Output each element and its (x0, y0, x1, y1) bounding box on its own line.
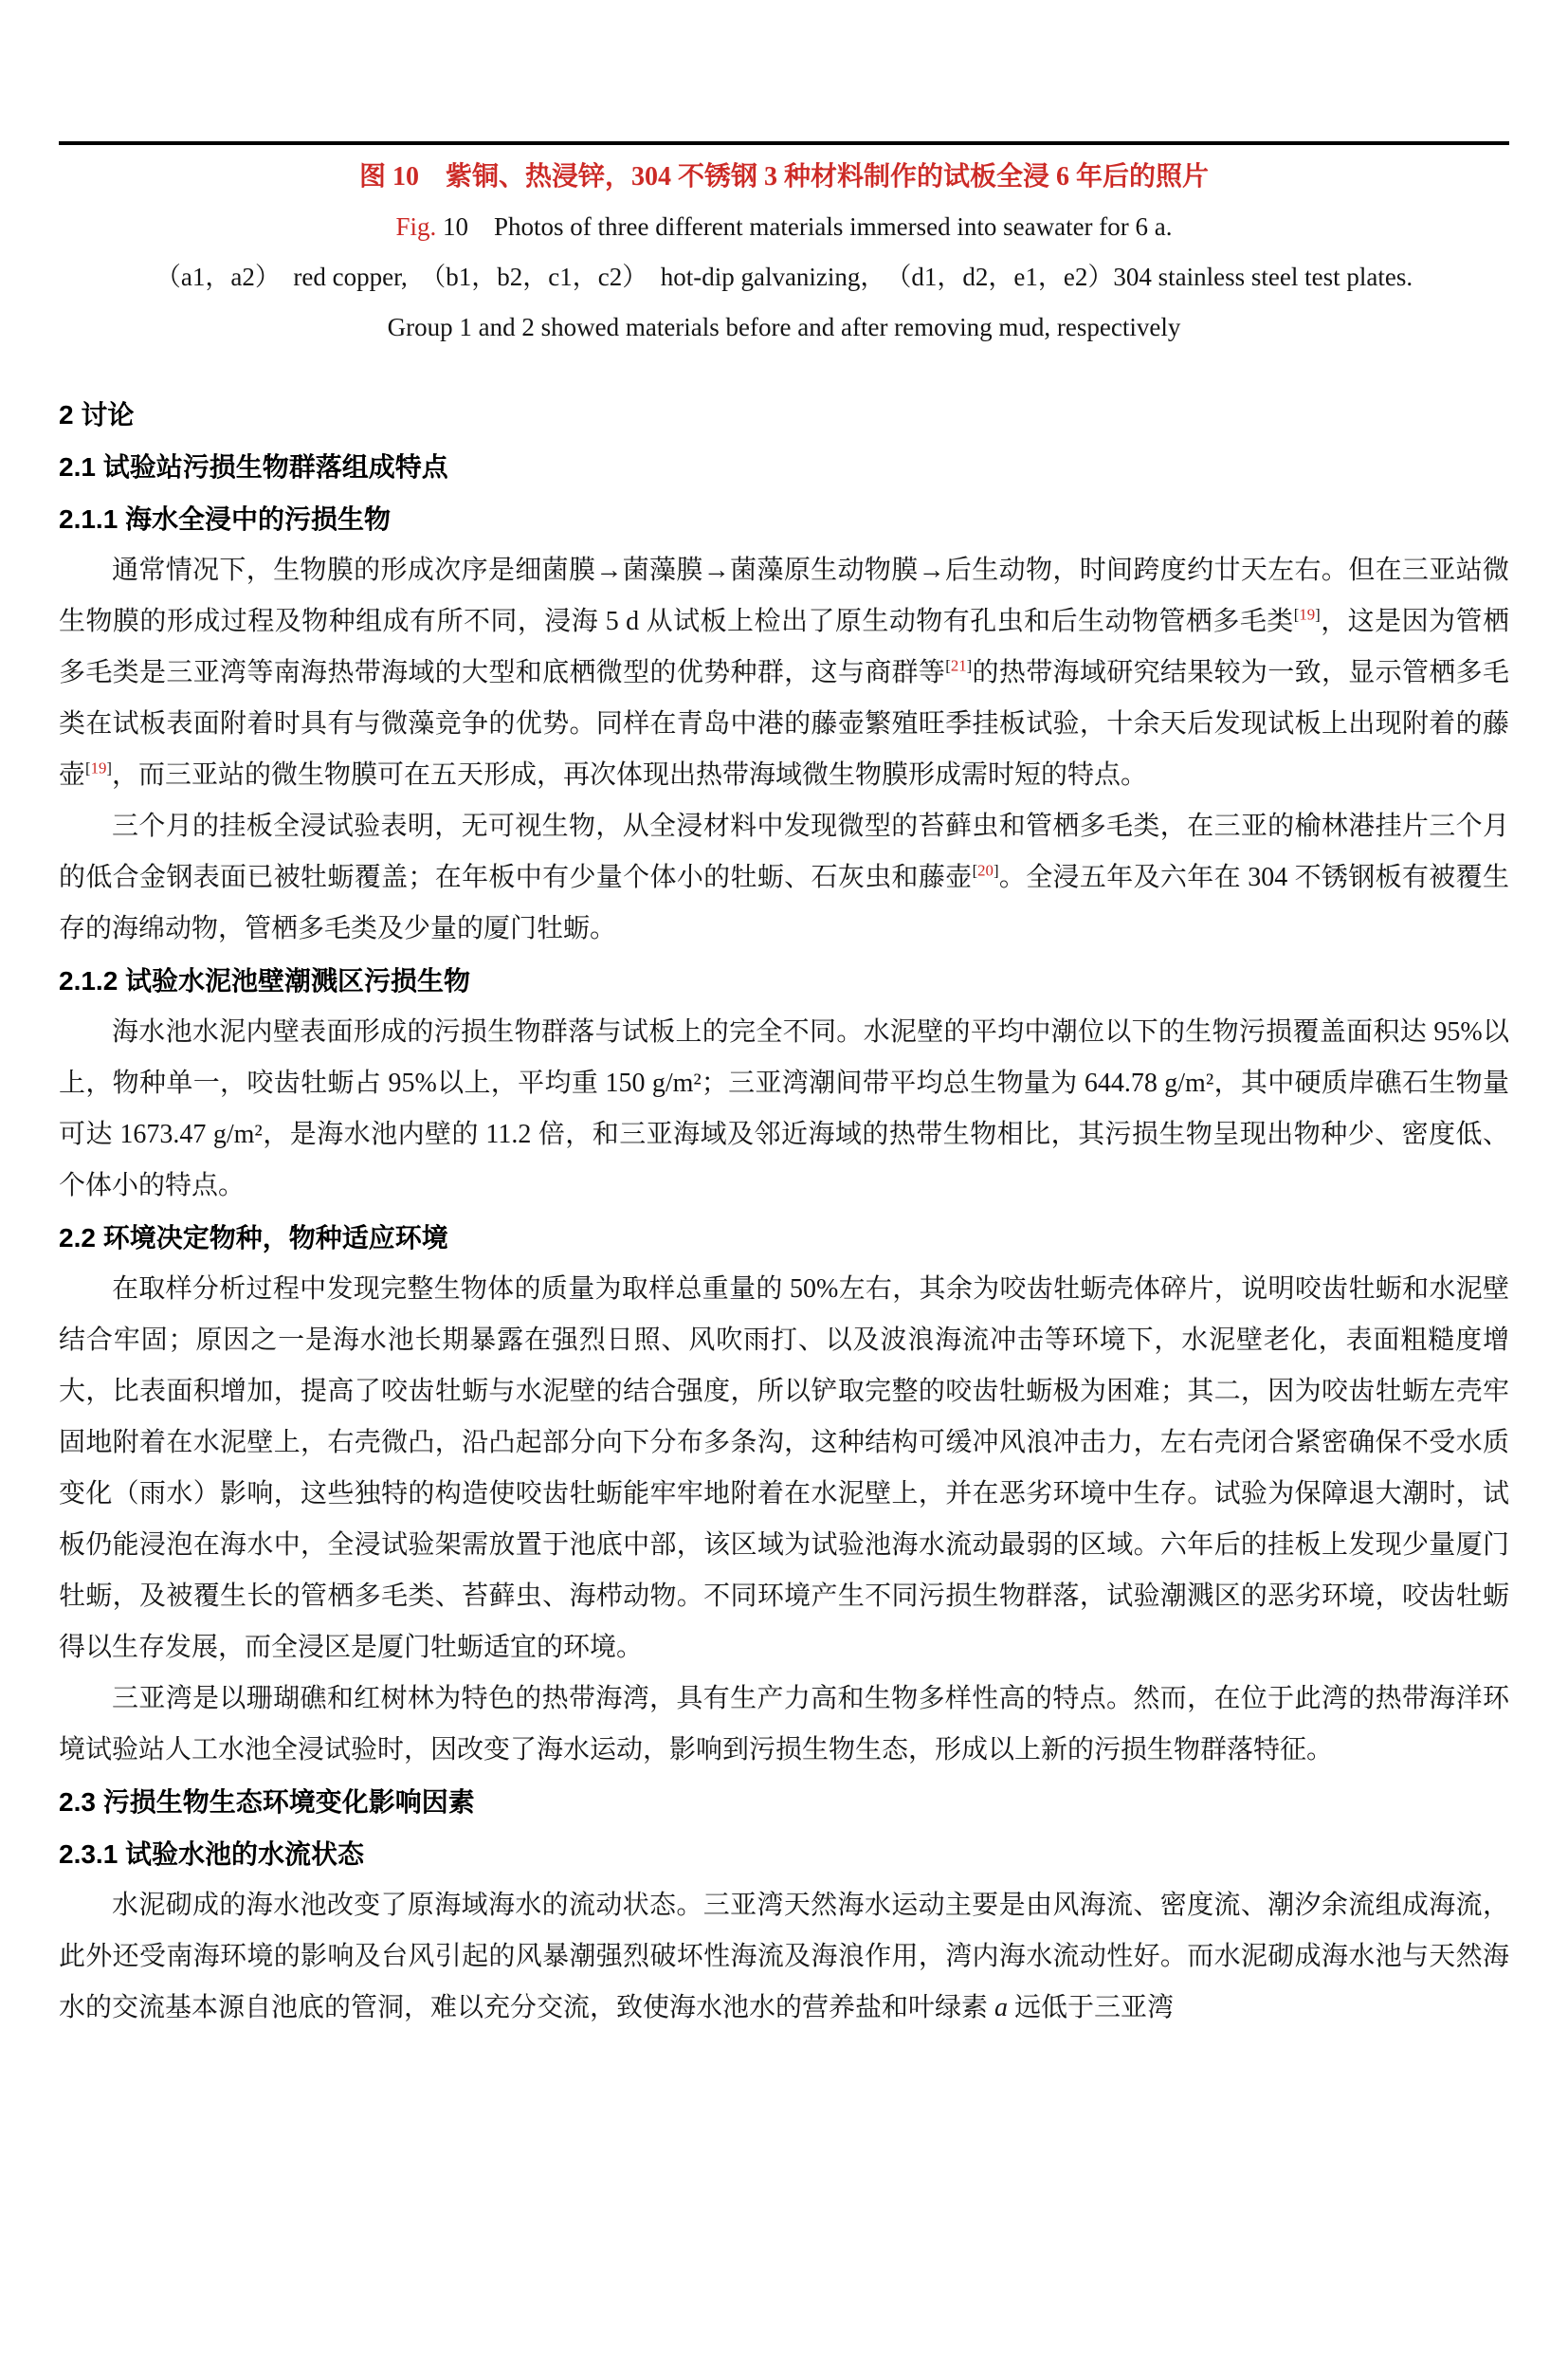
citation-ref: [20] (973, 862, 999, 880)
paragraph-water-flow: 水泥砌成的海水池改变了原海域海水的流动状态。三亚湾天然海水运动主要是由风海流、密… (59, 1880, 1509, 2034)
citation-ref: [19] (85, 759, 112, 777)
figure-caption-cn: 图 10 紫铜、热浸锌，304 不锈钢 3 种材料制作的试板全浸 6 年后的照片 (59, 153, 1509, 202)
figure-caption-materials: （a1，a2） red copper, （b1，b2，c1，c2） hot-di… (59, 252, 1509, 302)
article-body: 2 讨论 2.1 试验站污损生物群落组成特点 2.1.1 海水全浸中的污损生物 … (59, 389, 1509, 2034)
heading-2-1-2: 2.1.2 试验水泥池壁潮溅区污损生物 (59, 955, 1509, 1007)
citation-ref: [21] (945, 657, 972, 675)
document-page: 图 10 紫铜、热浸锌，304 不锈钢 3 种材料制作的试板全浸 6 年后的照片… (0, 141, 1568, 2359)
paragraph-biofilm-formation: 通常情况下，生物膜的形成次序是细菌膜→菌藻膜→菌藻原生动物膜→后生动物，时间跨度… (59, 545, 1509, 801)
heading-2-3: 2.3 污损生物生态环境变化影响因素 (59, 1776, 1509, 1828)
paragraph-pool-wall-fouling: 海水池水泥内壁表面形成的污损生物群落与试板上的完全不同。水泥壁的平均中潮位以下的… (59, 1007, 1509, 1212)
heading-2-1: 2.1 试验站污损生物群落组成特点 (59, 441, 1509, 493)
heading-discussion: 2 讨论 (59, 389, 1509, 441)
heading-2-3-1: 2.3.1 试验水池的水流状态 (59, 1828, 1509, 1880)
figure-caption-block: 图 10 紫铜、热浸锌，304 不锈钢 3 种材料制作的试板全浸 6 年后的照片… (59, 153, 1509, 353)
figure-caption-en: Fig. 10 Photos of three different materi… (59, 202, 1509, 252)
paragraph-sanya-bay: 三亚湾是以珊瑚礁和红树林为特色的热带海湾，具有生产力高和生物多样性高的特点。然而… (59, 1673, 1509, 1776)
paragraph-three-month-test: 三个月的挂板全浸试验表明，无可视生物，从全浸材料中发现微型的苔藓虫和管栖多毛类，… (59, 801, 1509, 955)
heading-2-2: 2.2 环境决定物种，物种适应环境 (59, 1212, 1509, 1264)
header-rule (59, 141, 1509, 145)
citation-ref: [19] (1294, 606, 1321, 624)
figure-caption-groups: Group 1 and 2 showed materials before an… (59, 302, 1509, 353)
paragraph-oyster-adaptation: 在取样分析过程中发现完整生物体的质量为取样总重量的 50%左右，其余为咬齿牡蛎壳… (59, 1264, 1509, 1673)
heading-2-1-1: 2.1.1 海水全浸中的污损生物 (59, 493, 1509, 545)
